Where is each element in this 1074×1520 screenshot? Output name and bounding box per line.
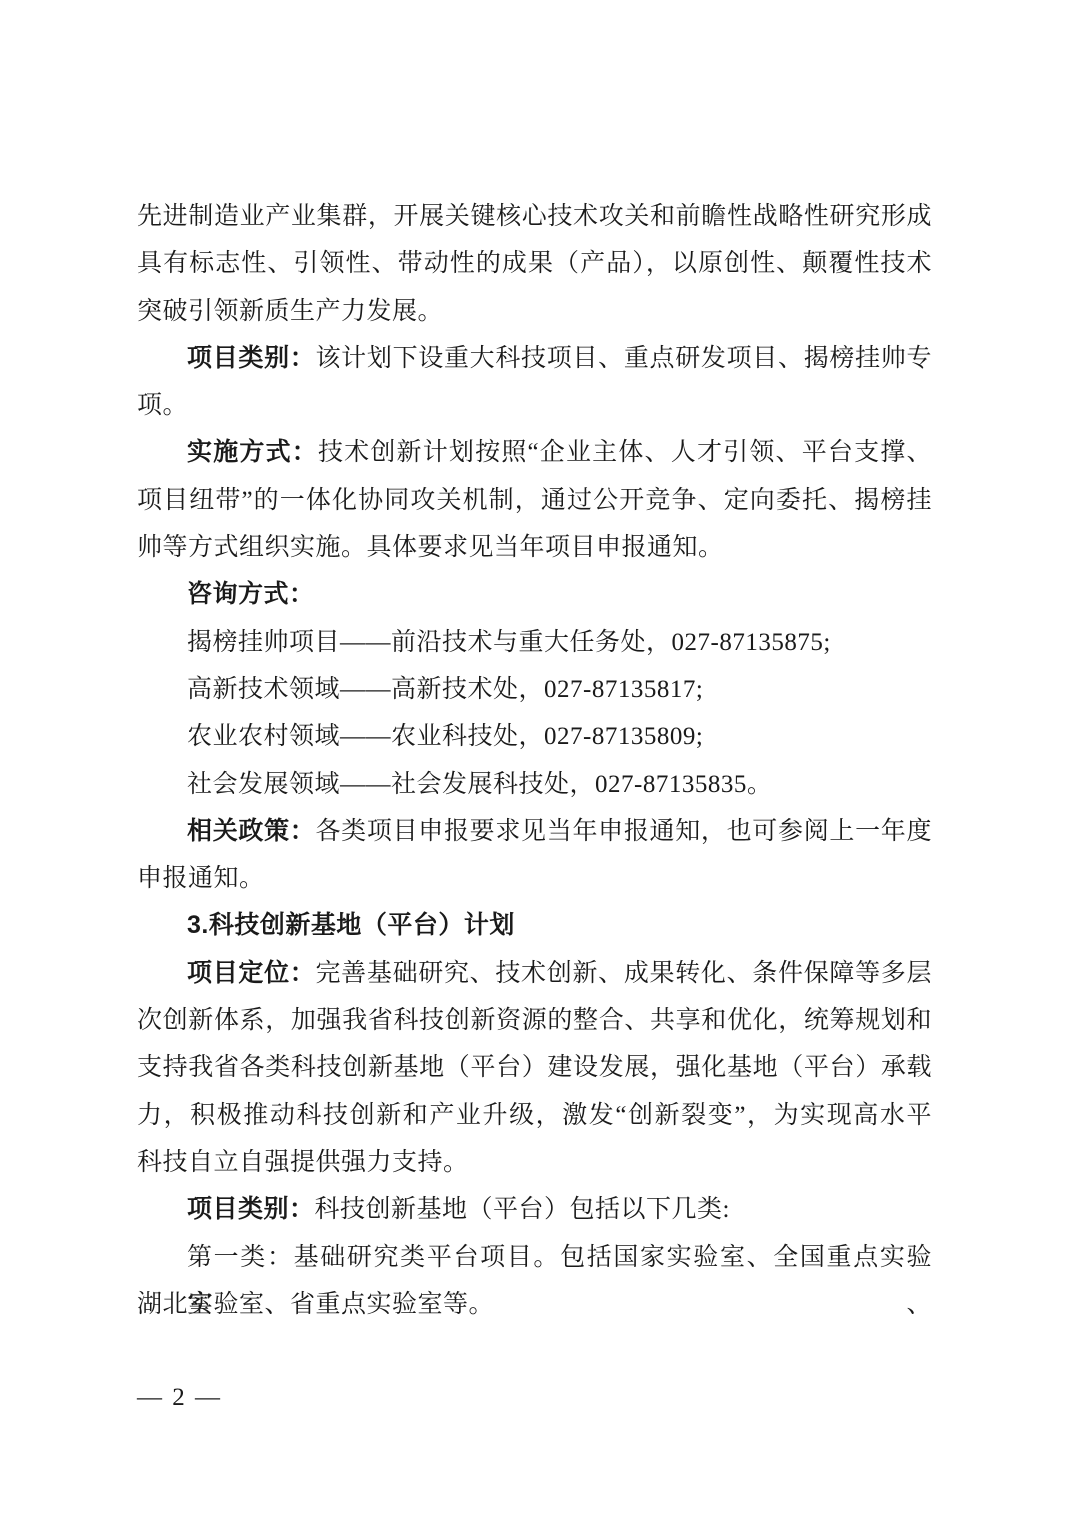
line-text: 科技创新基地（平台）包括以下几类: bbox=[315, 1196, 730, 1223]
line-text: 具有标志性、引领性、带动性的成果（产品），以原创性、颠覆性技术 bbox=[137, 250, 932, 277]
text-line: 次创新体系，加强我省科技创新资源的整合、共享和优化，统筹规划和 bbox=[137, 997, 932, 1044]
heading-text: 3.科技创新基地（平台）计划 bbox=[187, 911, 515, 939]
text-line: 申报通知。 bbox=[137, 855, 932, 902]
text-line: 帅等方式组织实施。具体要求见当年项目申报通知。 bbox=[137, 524, 932, 571]
section-heading: 3.科技创新基地（平台）计划 bbox=[137, 902, 932, 949]
text-line: 高新技术领域——高新技术处，027-87135817; bbox=[137, 666, 932, 713]
text-line: 实施方式：技术创新计划按照“企业主体、人才引领、平台支撑、 bbox=[137, 429, 932, 476]
text-line: 第一类：基础研究类平台项目。包括国家实验室、全国重点实验室、 bbox=[137, 1234, 932, 1281]
line-text: 项目纽带”的一体化协同攻关机制，通过公开竞争、定向委托、揭榜挂 bbox=[137, 487, 932, 514]
page-number: — 2 — bbox=[137, 1384, 222, 1412]
field-label: 项目定位： bbox=[187, 959, 315, 987]
text-line: 突破引领新质生产力发展。 bbox=[137, 288, 932, 335]
field-label: 实施方式： bbox=[187, 438, 318, 466]
line-text: 该计划下设重大科技项目、重点研发项目、揭榜挂帅专 bbox=[315, 345, 932, 372]
line-text: 各类项目申报要求见当年申报通知，也可参阅上一年度 bbox=[315, 818, 932, 845]
line-text: 先进制造业产业集群，开展关键核心技术攻关和前瞻性战略性研究形成 bbox=[137, 203, 932, 230]
text-line: 项目定位：完善基础研究、技术创新、成果转化、条件保障等多层 bbox=[137, 950, 932, 997]
line-text: 支持我省各类科技创新基地（平台）建设发展，强化基地（平台）承载 bbox=[137, 1054, 932, 1081]
text-line: 支持我省各类科技创新基地（平台）建设发展，强化基地（平台）承载 bbox=[137, 1044, 932, 1091]
field-label: 项目类别： bbox=[187, 1195, 315, 1223]
line-text: 帅等方式组织实施。具体要求见当年项目申报通知。 bbox=[137, 534, 724, 561]
text-line: 科技自立自强提供强力支持。 bbox=[137, 1139, 932, 1186]
line-text: 社会发展领域——社会发展科技处，027-87135835。 bbox=[187, 771, 772, 798]
text-line: 项目类别：科技创新基地（平台）包括以下几类: bbox=[137, 1186, 932, 1233]
line-text: 申报通知。 bbox=[137, 865, 265, 892]
text-line: 项。 bbox=[137, 382, 932, 429]
text-line: 相关政策：各类项目申报要求见当年申报通知，也可参阅上一年度 bbox=[137, 808, 932, 855]
line-text: 高新技术领域——高新技术处，027-87135817; bbox=[187, 676, 703, 703]
text-line: 具有标志性、引领性、带动性的成果（产品），以原创性、颠覆性技术 bbox=[137, 240, 932, 287]
line-text: 科技自立自强提供强力支持。 bbox=[137, 1149, 469, 1176]
text-line: 力，积极推动科技创新和产业升级，激发“创新裂变”，为实现高水平 bbox=[137, 1092, 932, 1139]
text-line: 农业农村领域——农业科技处，027-87135809; bbox=[137, 713, 932, 760]
line-text: 项。 bbox=[137, 392, 188, 419]
field-label: 相关政策： bbox=[187, 817, 315, 845]
field-label: 咨询方式： bbox=[187, 580, 315, 608]
line-text: 揭榜挂帅项目——前沿技术与重大任务处，027-87135875; bbox=[187, 629, 831, 656]
document-page: 先进制造业产业集群，开展关键核心技术攻关和前瞻性战略性研究形成具有标志性、引领性… bbox=[0, 0, 1074, 1520]
line-text: 技术创新计划按照“企业主体、人才引领、平台支撑、 bbox=[318, 439, 932, 466]
text-line: 咨询方式： bbox=[137, 571, 932, 618]
line-text: 完善基础研究、技术创新、成果转化、条件保障等多层 bbox=[315, 960, 932, 987]
line-text: 农业农村领域——农业科技处，027-87135809; bbox=[187, 723, 703, 750]
line-text: 突破引领新质生产力发展。 bbox=[137, 298, 443, 325]
text-line: 项目类别：该计划下设重大科技项目、重点研发项目、揭榜挂帅专 bbox=[137, 335, 932, 382]
line-text: 湖北实验室、省重点实验室等。 bbox=[137, 1291, 494, 1318]
field-label: 项目类别： bbox=[187, 344, 315, 372]
document-body: 先进制造业产业集群，开展关键核心技术攻关和前瞻性战略性研究形成具有标志性、引领性… bbox=[137, 193, 932, 1328]
line-text: 次创新体系，加强我省科技创新资源的整合、共享和优化，统筹规划和 bbox=[137, 1007, 932, 1034]
text-line: 社会发展领域——社会发展科技处，027-87135835。 bbox=[137, 761, 932, 808]
text-line: 项目纽带”的一体化协同攻关机制，通过公开竞争、定向委托、揭榜挂 bbox=[137, 477, 932, 524]
line-text: 力，积极推动科技创新和产业升级，激发“创新裂变”，为实现高水平 bbox=[137, 1102, 932, 1129]
text-line: 揭榜挂帅项目——前沿技术与重大任务处，027-87135875; bbox=[137, 619, 932, 666]
text-line: 先进制造业产业集群，开展关键核心技术攻关和前瞻性战略性研究形成 bbox=[137, 193, 932, 240]
